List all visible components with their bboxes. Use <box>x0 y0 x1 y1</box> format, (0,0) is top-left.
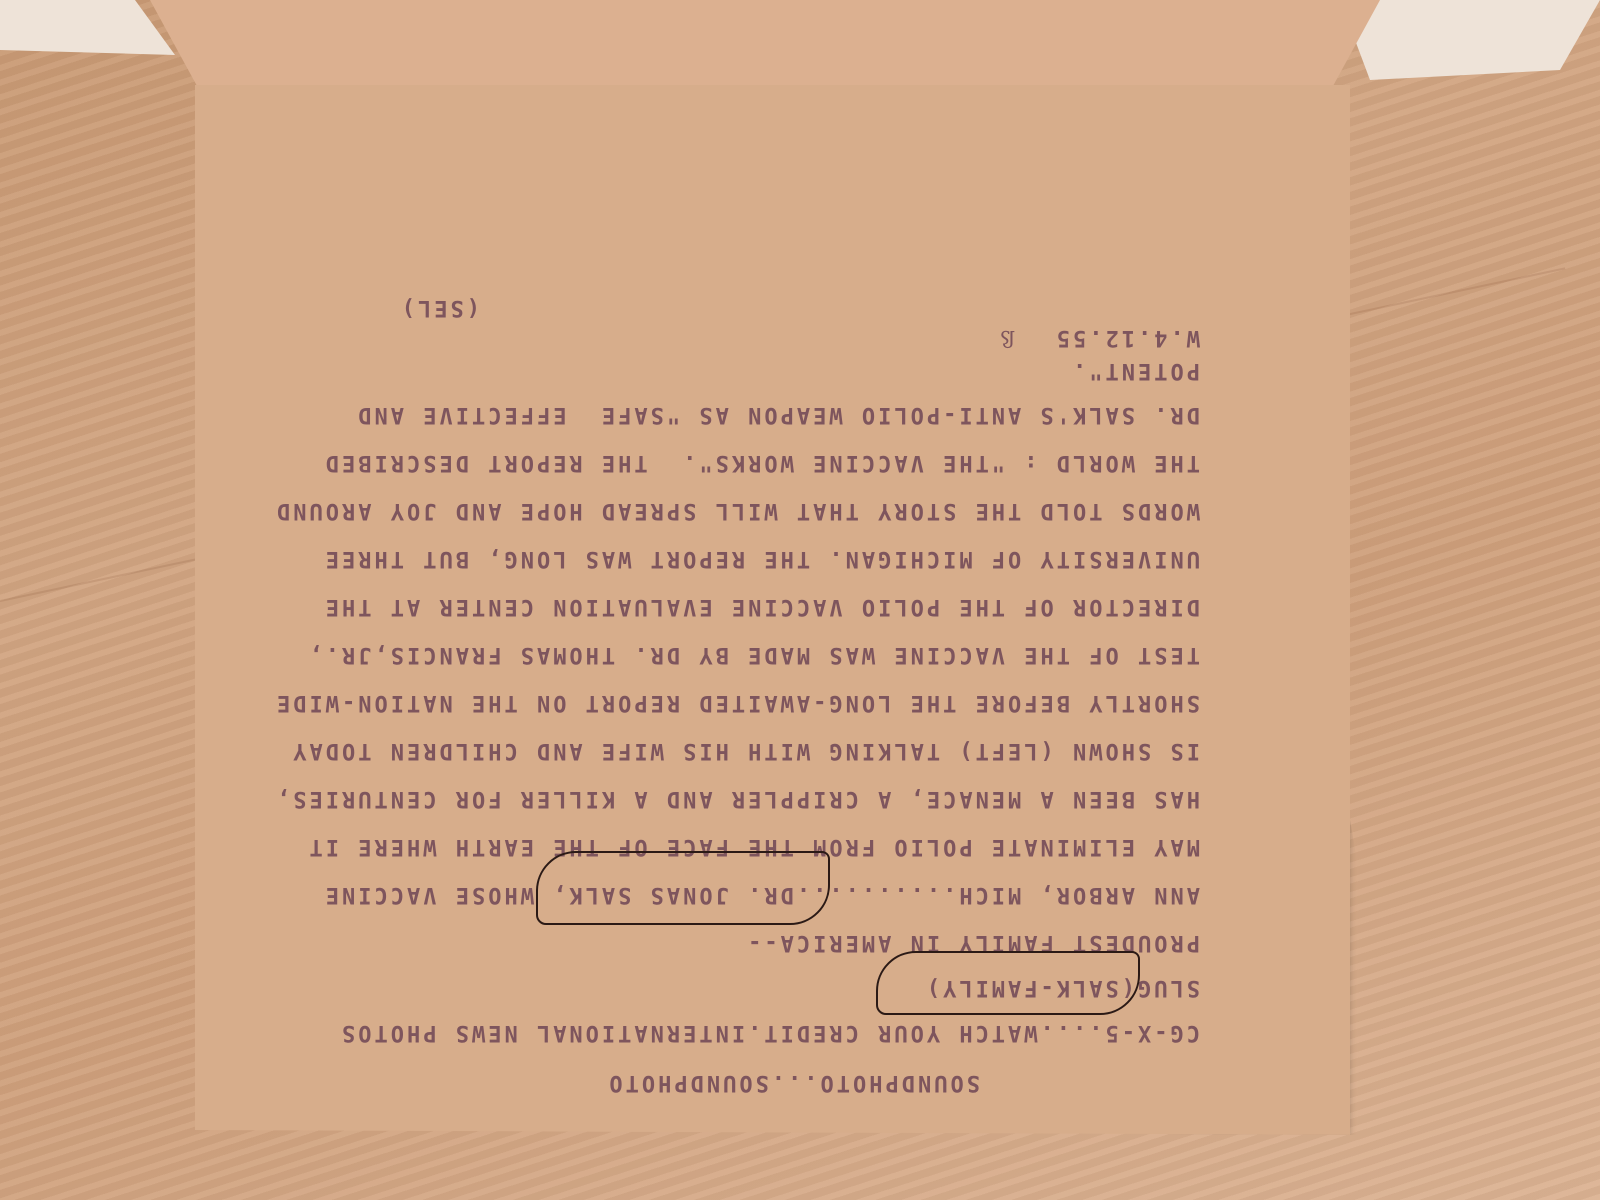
handwritten-mark: ß <box>997 325 1015 350</box>
body-line: HAS BEEN A MENACE, A CRIPPLER AND A KILL… <box>274 786 1200 811</box>
initials: (SEL) <box>399 295 480 320</box>
body-line: UNIVERSITY OF MICHIGAN. THE REPORT WAS L… <box>323 546 1200 571</box>
body-line: WORDS TOLD THE STORY THAT WILL SPREAD HO… <box>274 498 1200 523</box>
body-line: POTENT". <box>1070 358 1200 383</box>
date-line: W.4.12.55 <box>1054 325 1200 350</box>
paper-fold-flap <box>150 0 1380 90</box>
body-line: SHORTLY BEFORE THE LONG-AWAITED REPORT O… <box>274 690 1200 715</box>
body-line: THE WORLD : "THE VACCINE WORKS". THE REP… <box>323 450 1200 475</box>
body-line: DIRECTOR OF THE POLIO VACCINE EVALUATION… <box>323 594 1200 619</box>
body-line: TEST OF THE VACCINE WAS MADE BY DR. THOM… <box>307 642 1200 667</box>
header-line: SOUNDPHOTO...SOUNDPHOTO <box>606 1070 980 1095</box>
credit-line: CG-X-5....WATCH YOUR CREDIT.INTERNATIONA… <box>339 1020 1200 1045</box>
pen-circle-slug <box>876 951 1140 1015</box>
body-line: DR. SALK'S ANTI-POLIO WEAPON AS "SAFE EF… <box>355 402 1200 427</box>
caption-text-rotated: SOUNDPHOTO...SOUNDPHOTO CG-X-5....WATCH … <box>195 85 1350 1135</box>
body-line: IS SHOWN (LEFT) TALKING WITH HIS WIFE AN… <box>290 738 1200 763</box>
pen-circle-name <box>536 851 830 925</box>
